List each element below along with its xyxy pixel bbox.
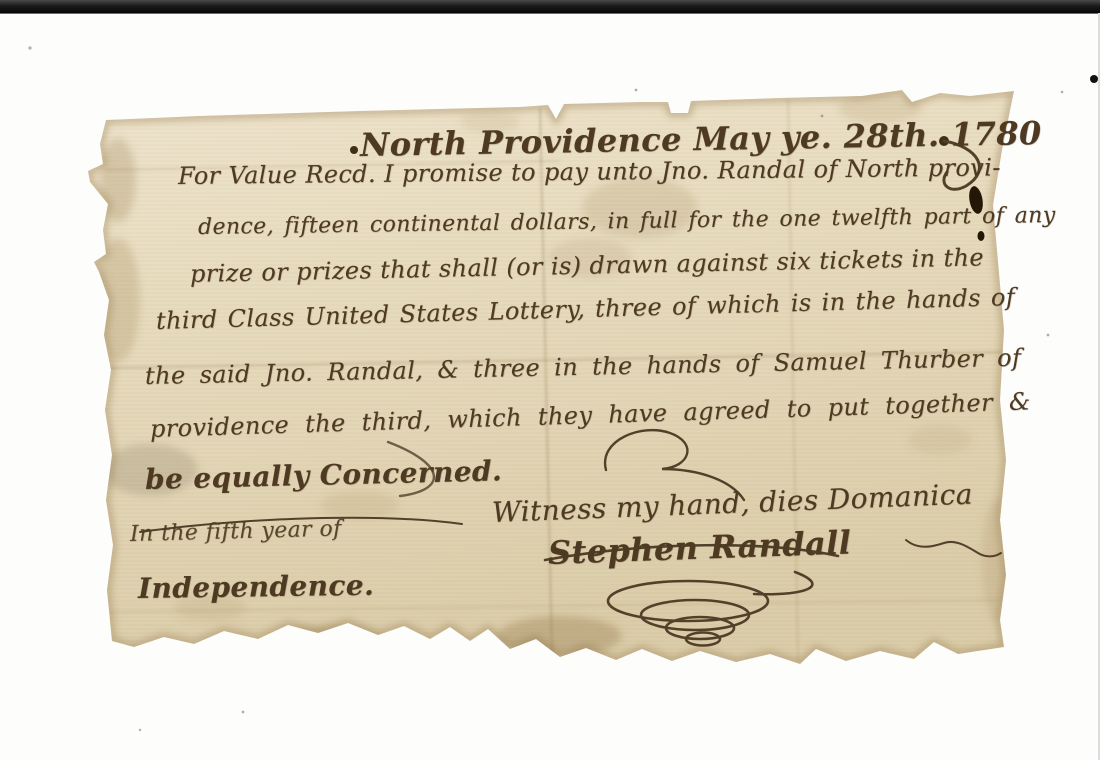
scan-black-dot [1090,75,1098,83]
scanned-document-page: North Providence May ye. 28th. 1780 For … [0,0,1100,760]
heading-ink-dot [350,146,358,154]
closing-line-2: Independence. [138,569,375,605]
